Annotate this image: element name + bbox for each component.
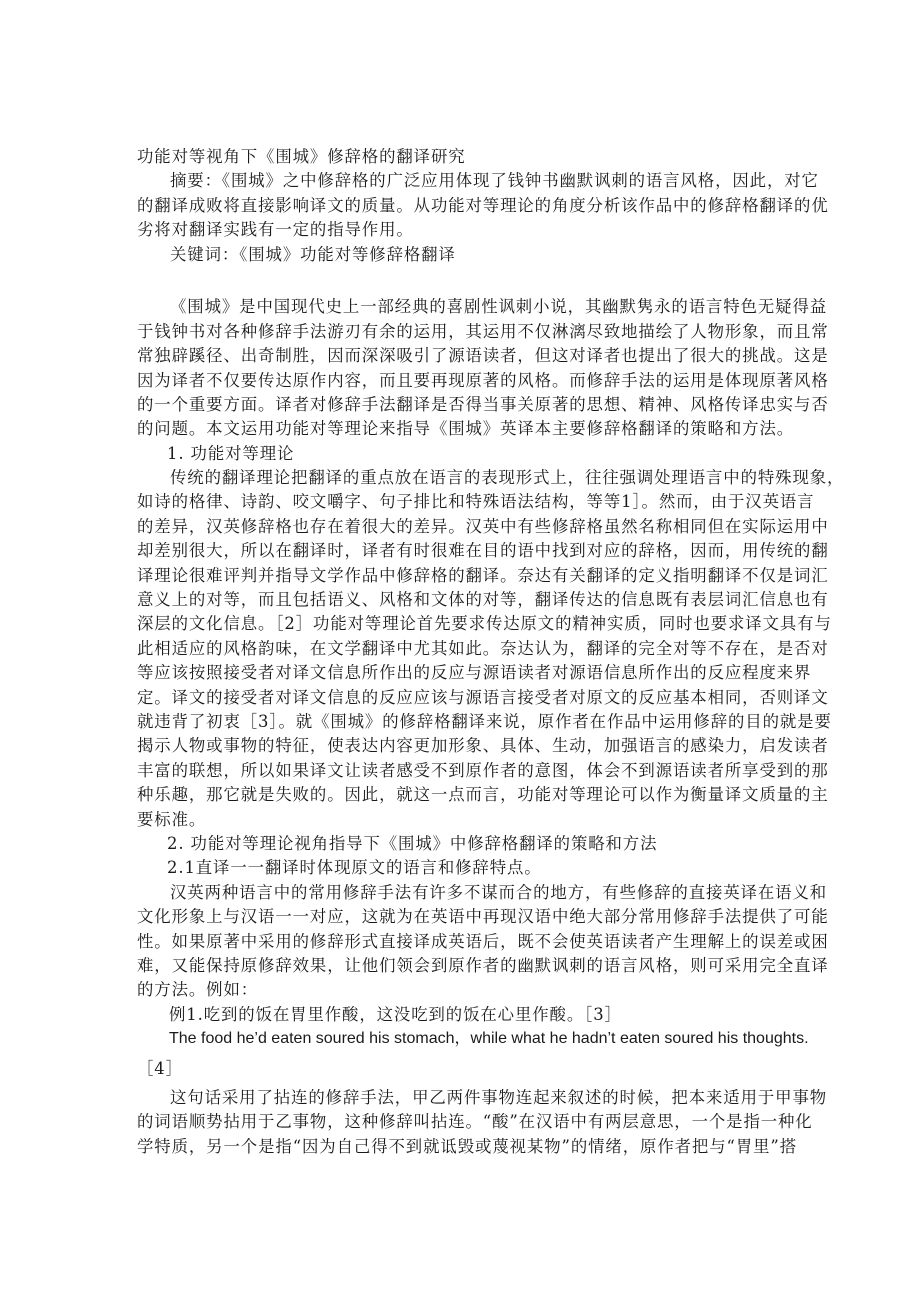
- document-title: 功能对等视角下《围城》修辞格的翻译研究: [137, 145, 797, 169]
- intro-line: 的一个重要方面。译者对修辞手法翻译是否得当事关原著的思想、精神、风格传译忠实与否: [137, 393, 797, 417]
- example-chinese: 例1.吃到的饭在胃里作酸，这没吃到的饭在心里作酸。［3］: [137, 1003, 797, 1027]
- section-2-heading: 2. 功能对等理论视角指导下《围城》中修辞格翻译的策略和方法: [137, 832, 797, 856]
- example-english-reference: ［4］: [137, 1057, 797, 1081]
- section-1-line: 要标准。: [137, 808, 797, 832]
- intro-line: 的问题。本文运用功能对等理论来指导《围城》英译本主要修辞格翻译的策略和方法。: [137, 417, 797, 441]
- section-2-line: 的方法。例如：: [137, 978, 797, 1002]
- section-1-line: 译理论很难评判并指导文学作品中修辞格的翻译。奈达有关翻译的定义指明翻译不仅是词汇: [137, 564, 797, 588]
- analysis-line: 学特质，另一个是指“因为自己得不到就诋毁或蔑视某物”的情绪，原作者把与“胃里”搭: [137, 1135, 797, 1159]
- section-1-line: 揭示人物或事物的特征，使表达内容更加形象、具体、生动，加强语言的感染力，启发读者: [137, 734, 797, 758]
- section-1-heading: 1. 功能对等理论: [137, 442, 797, 466]
- document-page: 功能对等视角下《围城》修辞格的翻译研究 摘要：《围城》之中修辞格的广泛应用体现了…: [137, 145, 797, 1159]
- abstract-line: 摘要：《围城》之中修辞格的广泛应用体现了钱钟书幽默讽刺的语言风格，因此，对它: [137, 169, 797, 193]
- section-1-line: 的差异，汉英修辞格也存在着很大的差异。汉英中有些修辞格虽然名称相同但在实际运用中: [137, 515, 797, 539]
- section-2-line: 汉英两种语言中的常用修辞手法有许多不谋而合的地方，有些修辞的直接英译在语义和: [137, 881, 797, 905]
- keywords-line: 关键词：《围城》功能对等修辞格翻译: [137, 243, 797, 267]
- section-1-line: 就违背了初衷［3］。就《围城》的修辞格翻译来说，原作者在作品中运用修辞的目的就是…: [137, 710, 797, 734]
- analysis-line: 的词语顺势拈用于乙事物，这种修辞叫拈连。“酸”在汉语中有两层意思，一个是指一种化: [137, 1110, 797, 1134]
- section-1-line: 丰富的联想，所以如果译文让读者感受不到原作者的意图，体会不到源语读者所享受到的那: [137, 759, 797, 783]
- section-1-line: 传统的翻译理论把翻译的重点放在语言的表现形式上，往往强调处理语言中的特殊现象，: [137, 466, 797, 490]
- section-1-line: 意义上的对等，而且包括语义、风格和文体的对等，翻译传达的信息既有表层词汇信息也有: [137, 588, 797, 612]
- section-1-line: 定。译文的接受者对译文信息的反应应该与源语言接受者对原文的反应基本相同，否则译文: [137, 686, 797, 710]
- section-1-line: 却差别很大，所以在翻译时，译者有时很难在目的语中找到对应的辞格，因而，用传统的翻: [137, 539, 797, 563]
- section-1-line: 等应该按照接受者对译文信息所作出的反应与源语读者对源语信息所作出的反应程度来界: [137, 661, 797, 685]
- intro-line: 因为译者不仅要传达原作内容，而且要再现原著的风格。而修辞手法的运用是体现原著风格: [137, 369, 797, 393]
- section-1-line: 如诗的格律、诗韵、咬文嚼字、句子排比和特殊语法结构，等等1］。然而，由于汉英语言: [137, 490, 797, 514]
- example-english: The food he’d eaten soured his stomach，w…: [137, 1027, 797, 1051]
- section-1-line: 深层的文化信息。［2］功能对等理论首先要求传达原文的精神实质，同时也要求译文具有…: [137, 612, 797, 636]
- abstract-line: 劣将对翻译实践有一定的指导作用。: [137, 218, 797, 242]
- abstract-line: 的翻译成败将直接影响译文的质量。从功能对等理论的角度分析该作品中的修辞格翻译的优: [137, 194, 797, 218]
- blank-line: [137, 267, 797, 291]
- intro-line: 《围城》是中国现代史上一部经典的喜剧性讽刺小说，其幽默隽永的语言特色无疑得益: [137, 295, 797, 319]
- section-1-line: 此相适应的风格韵味，在文学翻译中尤其如此。奈达认为，翻译的完全对等不存在，是否对: [137, 637, 797, 661]
- intro-line: 常独辟蹊径、出奇制胜，因而深深吸引了源语读者，但这对译者也提出了很大的挑战。这是: [137, 344, 797, 368]
- section-1-line: 种乐趣，那它就是失败的。因此，就这一点而言，功能对等理论可以作为衡量译文质量的主: [137, 783, 797, 807]
- section-2-1-subheading: 2.1直译一一翻译时体现原文的语言和修辞特点。: [137, 856, 797, 880]
- analysis-line: 这句话采用了拈连的修辞手法，甲乙两件事物连起来叙述的时候，把本来适用于甲事物: [137, 1086, 797, 1110]
- section-2-line: 文化形象上与汉语一一对应，这就为在英语中再现汉语中绝大部分常用修辞手法提供了可能: [137, 905, 797, 929]
- section-2-line: 难，又能保持原修辞效果，让他们领会到原作者的幽默讽刺的语言风格，则可采用完全直译: [137, 954, 797, 978]
- section-2-line: 性。如果原著中采用的修辞形式直接译成英语后，既不会使英语读者产生理解上的误差或困: [137, 930, 797, 954]
- intro-line: 于钱钟书对各种修辞手法游刃有余的运用，其运用不仅淋漓尽致地描绘了人物形象，而且常: [137, 320, 797, 344]
